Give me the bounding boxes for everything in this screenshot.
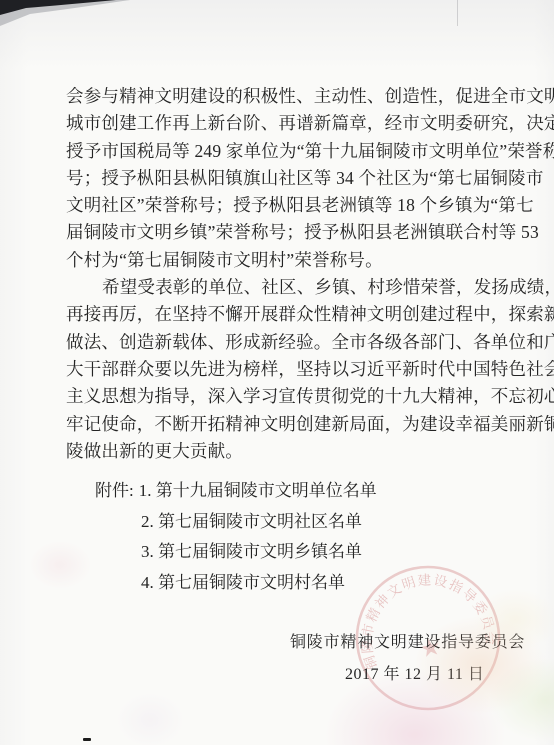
scan-corner-artifact (0, 0, 150, 34)
body-line: 做法、创造新载体、形成新经验。全市各级各部门、各单位和广 (66, 329, 502, 356)
scan-edge-artifact (457, 0, 458, 26)
body-line: 会参与精神文明建设的积极性、主动性、创造性，促进全市文明 (66, 83, 502, 110)
attachment-row: 附件:1. 第十九届铜陵市文明单位名单 (95, 476, 377, 507)
attachment-row: 3. 第七届铜陵市文明乡镇名单 (141, 537, 377, 568)
body-line: 希望受表彰的单位、社区、乡镇、村珍惜荣誉，发扬成绩， (66, 274, 502, 301)
body-line: 牢记使命，不断开拓精神文明创建新局面，为建设幸福美丽新铜 (66, 411, 502, 438)
body-line: 陵做出新的更大贡献。 (66, 438, 502, 465)
body-line: 授予市国税局等 249 家单位为“第十九届铜陵市文明单位”荣誉称 (66, 138, 502, 165)
date: 2017 年 12 月 11 日 (345, 661, 484, 684)
scanned-document-page: 会参与精神文明建设的积极性、主动性、创造性，促进全市文明 城市创建工作再上新台阶… (0, 0, 554, 745)
document-body: 会参与精神文明建设的积极性、主动性、创造性，促进全市文明 城市创建工作再上新台阶… (66, 83, 502, 465)
body-line: 文明社区”荣誉称号；授予枞阳县老洲镇等 18 个乡镇为“第七 (66, 192, 502, 219)
attachment-item: 3. 第七届铜陵市文明乡镇名单 (141, 542, 362, 561)
attachment-list: 附件:1. 第十九届铜陵市文明单位名单 2. 第七届铜陵市文明社区名单 3. 第… (95, 476, 377, 598)
scan-mark-artifact (83, 738, 91, 741)
body-line: 号；授予枞阳县枞阳镇旗山社区等 34 个社区为“第七届铜陵市 (66, 165, 502, 192)
attachment-row: 2. 第七届铜陵市文明社区名单 (141, 507, 377, 538)
body-line: 再接再厉，在坚持不懈开展群众性精神文明创建过程中，探索新 (66, 301, 502, 328)
body-line: 大干部群众要以先进为榜样，坚持以习近平新时代中国特色社会 (66, 356, 502, 383)
body-line: 届铜陵市文明乡镇”荣誉称号；授予枞阳县老洲镇联合村等 53 (66, 219, 502, 246)
attachment-item: 4. 第七届铜陵市文明村名单 (141, 573, 345, 592)
attachments-label: 附件: (95, 481, 134, 500)
attachment-row: 4. 第七届铜陵市文明村名单 (141, 568, 377, 599)
signature: 铜陵市精神文明建设指导委员会 (290, 629, 525, 652)
attachment-item: 2. 第七届铜陵市文明社区名单 (141, 512, 362, 531)
attachment-item: 1. 第十九届铜陵市文明单位名单 (139, 481, 377, 500)
body-line: 个村为“第七届铜陵市文明村”荣誉称号。 (66, 247, 502, 274)
body-line: 城市创建工作再上新台阶、再谱新篇章，经市文明委研究，决定 (66, 110, 502, 137)
body-line: 主义思想为指导，深入学习宣传贯彻党的十九大精神，不忘初心、 (66, 383, 502, 410)
